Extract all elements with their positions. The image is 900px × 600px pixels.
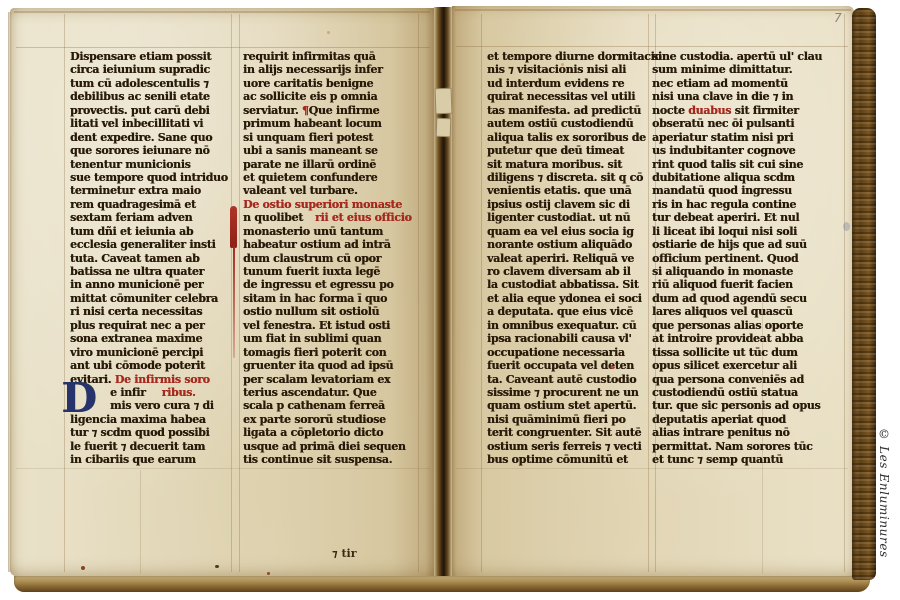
text-run: tunum fuerit iuxta legē xyxy=(243,265,380,278)
text-line: tur ⁊ scdm quod possibi xyxy=(70,426,232,439)
text-run: si aliquando in monaste xyxy=(652,265,793,278)
text-line: ipsius ostij clavem sic di xyxy=(487,198,653,211)
text-run: de ingressu et egressu po xyxy=(243,278,394,291)
text-line: de ingressu et egressu po xyxy=(243,278,419,291)
text-run: habeatur ostium ad intrā xyxy=(243,238,391,251)
text-line: terit congruenter. Sit autē xyxy=(487,426,653,439)
text-run: in omnibus exequatur. cū xyxy=(487,319,636,332)
text-line: gruenter ita quod ad ipsū xyxy=(243,359,419,372)
text-line: monasterio unū tantum xyxy=(243,225,419,238)
text-line: fuerit occupata vel deten xyxy=(487,359,653,372)
text-line: um fiat in sublimi quan xyxy=(243,332,419,345)
blue-stain xyxy=(843,222,850,231)
text-run: mis vero cura ⁊ di xyxy=(110,399,214,412)
ink-speck xyxy=(215,565,219,568)
text-line: alias intrare penitus nō xyxy=(652,426,818,439)
text-line: requirit infirmitas quā xyxy=(243,50,419,63)
text-line: parate ne illarū ordinē xyxy=(243,158,419,171)
text-run: nocte xyxy=(652,104,688,117)
text-run: et quietem confundere xyxy=(243,171,377,184)
text-run: qua persona conveniēs ad xyxy=(652,373,804,386)
folio-number: 7 xyxy=(834,11,842,25)
text-run: norante ostium aliquādo xyxy=(487,238,632,251)
text-line: rem quadragesimā et xyxy=(70,198,232,211)
text-run: lares aliquos vel quascū xyxy=(652,305,793,318)
text-run: ipsius ostij clavem sic di xyxy=(487,198,630,211)
text-run: la custodiat abbatissa. Sit xyxy=(487,278,639,291)
text-run: monasterio unū tantum xyxy=(243,225,383,238)
text-run: mittat cōmuniter celebra xyxy=(70,292,218,305)
text-line: opus silicet exercetur ali xyxy=(652,359,818,372)
text-run: dum claustrum cū opor xyxy=(243,252,381,265)
text-run: sitam in hac forma ī quo xyxy=(243,292,387,305)
red-ink-speck xyxy=(610,366,615,369)
text-run: uore caritatis benigne xyxy=(243,77,373,90)
text-run: putetur que deū timeat xyxy=(487,144,624,157)
text-run: quirat necessitas vel utili xyxy=(487,90,635,103)
ruling-line xyxy=(456,468,848,469)
text-run: sue tempore quod intriduo xyxy=(70,171,228,184)
text-run: dent expedire. Sane quo xyxy=(70,131,212,144)
text-run: sextam feriam adven xyxy=(70,211,192,224)
text-run: permittat. Nam sorores tūc xyxy=(652,440,812,453)
text-run: terminetur extra maio xyxy=(70,184,201,197)
text-line: primum habeant locum xyxy=(243,117,419,130)
left-page-column-2: requirit infirmitas quāin alijs necessar… xyxy=(243,50,419,467)
text-run: provectis. put carū debi xyxy=(70,104,209,117)
text-run: ipsa racionabili causa vl' xyxy=(487,332,631,345)
text-line: quam ostium stet apertū. xyxy=(487,399,653,412)
text-line: tis continue sit suspensa. xyxy=(243,453,419,466)
text-run: nis ⁊ visitacionis nisi ali xyxy=(487,63,626,76)
text-run: custodiendū ostiū statua xyxy=(652,386,798,399)
text-line: circa ieiunium supradic xyxy=(70,63,232,76)
text-run: venientis etatis. que unā xyxy=(487,184,631,197)
text-run: nisi quāminimū fieri po xyxy=(487,413,626,426)
left-page-edge xyxy=(8,12,12,572)
text-line: mandatū quod ingressu xyxy=(652,184,818,197)
illuminated-initial-d: D xyxy=(59,380,99,418)
text-line: terius ascendatur. Que xyxy=(243,386,419,399)
text-line: ubi a sanis maneant se xyxy=(243,144,419,157)
text-run: tuta. Caveat tamen ab xyxy=(70,252,199,265)
text-line: serviatur. ¶Que infirme xyxy=(243,104,419,117)
text-run: e infir xyxy=(110,386,146,399)
text-line: norante ostium aliquādo xyxy=(487,238,653,251)
text-run: terius ascendatur. Que xyxy=(243,386,376,399)
text-line: tenentur municionis xyxy=(70,158,232,171)
text-line: us indubitanter cognove xyxy=(652,144,818,157)
text-run: ribus. xyxy=(162,386,196,399)
text-line: provectis. put carū debi xyxy=(70,104,232,117)
text-line: ex parte sororū studiose xyxy=(243,413,419,426)
text-run: De infirmis soro xyxy=(115,373,210,386)
text-line: Dispensare etiam possit xyxy=(70,50,232,63)
text-run: et tempore diurne dormitacio xyxy=(487,50,661,63)
text-line: per scalam levatoriam ex xyxy=(243,373,419,386)
text-line: bus optime cōmunitū et xyxy=(487,453,653,466)
text-line: sissime ⁊ procurent ne un xyxy=(487,386,653,399)
text-run: bus optime cōmunitū et xyxy=(487,453,628,466)
text-run: usque ad primā diei sequen xyxy=(243,440,406,453)
text-line: tum dñi et ieiunia ab xyxy=(70,225,232,238)
text-run: le fuerit ⁊ decuerit tam xyxy=(70,440,205,453)
text-run: tum cū adolescentulis ⁊ xyxy=(70,77,209,90)
text-line: at introire provideat abba xyxy=(652,332,818,345)
text-line: in omnibus exequatur. cū xyxy=(487,319,653,332)
text-run: sit firmiter xyxy=(731,104,799,117)
text-line: in cibariis que earum xyxy=(70,453,232,466)
text-run: requirit infirmitas quā xyxy=(243,50,375,63)
page-top-edge xyxy=(455,9,851,11)
text-run: duabus xyxy=(688,104,731,117)
text-line: diligens ⁊ discreta. sit q cō xyxy=(487,171,653,184)
text-line: ligenter custodiat. ut nū xyxy=(487,211,653,224)
text-run: sissime ⁊ procurent ne un xyxy=(487,386,638,399)
text-run: que sorores ieiunare nō xyxy=(70,144,210,157)
text-run: quam ostium stet apertū. xyxy=(487,399,636,412)
text-line: la custodiat abbatissa. Sit xyxy=(487,278,653,291)
text-line: ta. Caveant autē custodio xyxy=(487,373,653,386)
text-line: tissa sollicite ut tūc dum xyxy=(652,346,818,359)
text-line: dum claustrum cū opor xyxy=(243,252,419,265)
text-line: nisi quāminimū fieri po xyxy=(487,413,653,426)
text-run: tur ⁊ scdm quod possibi xyxy=(70,426,209,439)
text-run: aliqua talis ex sororibus de xyxy=(487,131,646,144)
text-line: et tempore diurne dormitacio xyxy=(487,50,653,63)
text-line: ostio nullum sit ostiolū xyxy=(243,305,419,318)
text-run: us indubitanter cognove xyxy=(652,144,795,157)
text-line: ligata a cōpletorio dicto xyxy=(243,426,419,439)
text-run: ud interdum evidens re xyxy=(487,77,624,90)
text-run: aperiatur statim nisi pri xyxy=(652,131,793,144)
text-line: riū aliquod fuerit facien xyxy=(652,278,818,291)
text-run: tis continue sit suspensa. xyxy=(243,453,392,466)
text-run: ligenter custodiat. ut nū xyxy=(487,211,630,224)
text-run: tur debeat aperiri. Et nul xyxy=(652,211,799,224)
text-run: valeat aperiri. Reliquā ve xyxy=(487,252,634,265)
text-run: obseratū nec ōi pulsanti xyxy=(652,117,794,130)
text-line: si aliquando in monaste xyxy=(652,265,818,278)
text-line: et tunc ⁊ semp quantū xyxy=(652,453,818,466)
text-line: et quietem confundere xyxy=(243,171,419,184)
text-run: ris in hac regula contine xyxy=(652,198,796,211)
text-run: plus requirat nec a per xyxy=(70,319,204,332)
text-line: nisi una clave in die ⁊ in xyxy=(652,90,818,103)
text-run: li liceat ibi loqui nisi soli xyxy=(652,225,797,238)
text-run: que personas alias oporte xyxy=(652,319,803,332)
text-line: a deputata. que eius vicē xyxy=(487,305,653,318)
text-line: n quolibetrii et eius officio xyxy=(243,211,419,224)
text-run: in cibariis que earum xyxy=(70,453,196,466)
rubric-initial-i xyxy=(230,206,237,248)
rubric-initial-i-tail xyxy=(233,246,235,358)
text-line: valeant vel turbare. xyxy=(243,184,419,197)
copyright-credit: © Les Enluminures xyxy=(877,427,891,558)
ink-speck xyxy=(327,31,330,34)
text-run: dum ad quod agendū secu xyxy=(652,292,807,305)
text-line: sum minime dimittatur. xyxy=(652,63,818,76)
text-line: et alia eque ydonea ei soci xyxy=(487,292,653,305)
text-line: mittat cōmuniter celebra xyxy=(70,292,232,305)
text-run: ta. Caveant autē custodio xyxy=(487,373,636,386)
text-run: De ostio superiori monaste xyxy=(243,198,402,211)
text-line: rint quod talis sit cui sine xyxy=(652,158,818,171)
text-line: aperiatur statim nisi pri xyxy=(652,131,818,144)
text-run: tenentur municionis xyxy=(70,158,190,171)
text-line: que personas alias oporte xyxy=(652,319,818,332)
right-page-column-2: sine custodia. apertū ul' clausum minime… xyxy=(652,50,818,467)
text-line: dent expedire. Sane quo xyxy=(70,131,232,144)
text-line: li liceat ibi loqui nisi soli xyxy=(652,225,818,238)
text-line: in anno municionē per xyxy=(70,278,232,291)
text-run: riū aliquod fuerit facien xyxy=(652,278,793,291)
text-run: diligens ⁊ discreta. sit q cō xyxy=(487,171,643,184)
text-line: sit matura moribus. sit xyxy=(487,158,653,171)
text-line: sine custodia. apertū ul' clau xyxy=(652,50,818,63)
text-line: ri nisi certa necessitas xyxy=(70,305,232,318)
text-line: litati vel inbecillitati vi xyxy=(70,117,232,130)
text-run: sine custodia. apertū ul' clau xyxy=(652,50,822,63)
text-run: occupatione necessaria xyxy=(487,346,625,359)
text-run: ex parte sororū studiose xyxy=(243,413,386,426)
text-line: sextam feriam adven xyxy=(70,211,232,224)
text-run: circa ieiunium supradic xyxy=(70,63,210,76)
text-run: ubi a sanis maneant se xyxy=(243,144,378,157)
text-line: permittat. Nam sorores tūc xyxy=(652,440,818,453)
text-line: quam ea vel eius socia ig xyxy=(487,225,653,238)
text-line: qua persona conveniēs ad xyxy=(652,373,818,386)
text-run: tomagis fieri poterit con xyxy=(243,346,386,359)
bottom-page-edges xyxy=(14,574,870,592)
text-run: batissa ne ultra quater xyxy=(70,265,204,278)
text-line: terminetur extra maio xyxy=(70,184,232,197)
text-run: ac sollicite eis p omnia xyxy=(243,90,377,103)
text-line: ostiarie de hijs que ad suū xyxy=(652,238,818,251)
text-line: autem ostiū custodiendū xyxy=(487,117,653,130)
text-run: deputatis aperiat quod xyxy=(652,413,786,426)
text-run: per scalam levatoriam ex xyxy=(243,373,390,386)
text-run: terit congruenter. Sit autē xyxy=(487,426,641,439)
text-line: ac sollicite eis p omnia xyxy=(243,90,419,103)
text-run: valeant vel turbare. xyxy=(243,184,357,197)
text-run: in alijs necessarijs infer xyxy=(243,63,383,76)
text-line: ipsa racionabili causa vl' xyxy=(487,332,653,345)
text-line: usque ad primā diei sequen xyxy=(243,440,419,453)
text-line: nis ⁊ visitacionis nisi ali xyxy=(487,63,653,76)
text-run: autem ostiū custodiendū xyxy=(487,117,633,130)
text-line: ris in hac regula contine xyxy=(652,198,818,211)
text-run: tum dñi et ieiunia ab xyxy=(70,225,193,238)
text-run: rii et eius officio xyxy=(315,211,412,224)
text-run: mandatū quod ingressu xyxy=(652,184,792,197)
text-run: Que infirme xyxy=(309,104,380,117)
text-run: serviatur. xyxy=(243,104,302,117)
text-line: quirat necessitas vel utili xyxy=(487,90,653,103)
text-line: venientis etatis. que unā xyxy=(487,184,653,197)
text-run: tissa sollicite ut tūc dum xyxy=(652,346,798,359)
text-run: si unquam fieri potest xyxy=(243,131,373,144)
text-line: scala p cathenam ferreā xyxy=(243,399,419,412)
text-run: ¶ xyxy=(302,104,309,117)
text-line: custodiendū ostiū statua xyxy=(652,386,818,399)
text-run: rem quadragesimā et xyxy=(70,198,196,211)
text-line: sue tempore quod intriduo xyxy=(70,171,232,184)
text-line: ro clavem diversam ab il xyxy=(487,265,653,278)
ink-speck xyxy=(81,566,85,570)
text-line: aliqua talis ex sororibus de xyxy=(487,131,653,144)
text-run: tur. que sic personis ad opus xyxy=(652,399,820,412)
text-run: a deputata. que eius vicē xyxy=(487,305,633,318)
text-line: valeat aperiri. Reliquā ve xyxy=(487,252,653,265)
text-run: alias intrare penitus nō xyxy=(652,426,790,439)
text-run: quam ea vel eius socia ig xyxy=(487,225,634,238)
text-line: tuta. Caveat tamen ab xyxy=(70,252,232,265)
text-run: n quolibet xyxy=(243,211,303,224)
text-run: ligata a cōpletorio dicto xyxy=(243,426,383,439)
gutter-repair-tab xyxy=(435,88,453,115)
text-line: dubitatione aliqua scdm xyxy=(652,171,818,184)
text-run: ostium seris ferreis ⁊ vecti xyxy=(487,440,641,453)
text-line: nocte duabus sit firmiter xyxy=(652,104,818,117)
catchword: ⁊ tir xyxy=(332,547,357,560)
text-run: gruenter ita quod ad ipsū xyxy=(243,359,393,372)
gutter-repair-tab xyxy=(436,118,452,138)
text-run: nec etiam ad momentū xyxy=(652,77,788,90)
text-line: nec etiam ad momentū xyxy=(652,77,818,90)
text-run: nisi una clave in die ⁊ in xyxy=(652,90,793,103)
parchment-crease xyxy=(140,470,141,574)
text-run: ant ubi cōmode poterit xyxy=(70,359,205,372)
text-line: viro municionē percipi xyxy=(70,346,232,359)
ruling-line xyxy=(481,14,482,572)
text-line: uore caritatis benigne xyxy=(243,77,419,90)
text-run: ro clavem diversam ab il xyxy=(487,265,630,278)
text-run: um fiat in sublimi quan xyxy=(243,332,381,345)
text-run: et tunc ⁊ semp quantū xyxy=(652,453,783,466)
text-line: tum cū adolescentulis ⁊ xyxy=(70,77,232,90)
text-run: opus silicet exercetur ali xyxy=(652,359,797,372)
text-line: ant ubi cōmode poterit xyxy=(70,359,232,372)
text-line: officium pertinent. Quod xyxy=(652,252,818,265)
text-line: vel fenestra. Et istud osti xyxy=(243,319,419,332)
text-line: dum ad quod agendū secu xyxy=(652,292,818,305)
text-line: debilibus ac senili etate xyxy=(70,90,232,103)
right-page-column-1: et tempore diurne dormitacionis ⁊ visita… xyxy=(487,50,653,467)
text-run: viro municionē percipi xyxy=(70,346,203,359)
text-line: tur. que sic personis ad opus xyxy=(652,399,818,412)
text-run: rint quod talis sit cui sine xyxy=(652,158,803,171)
ruling-line xyxy=(64,14,65,572)
text-line: tas manifesta. ad predictū xyxy=(487,104,653,117)
text-line: in alijs necessarijs infer xyxy=(243,63,419,76)
text-run: et alia eque ydonea ei soci xyxy=(487,292,642,305)
ruling-line xyxy=(844,14,845,572)
text-run: primum habeant locum xyxy=(243,117,381,130)
text-run: vel fenestra. Et istud osti xyxy=(243,319,390,332)
text-line: sitam in hac forma ī quo xyxy=(243,292,419,305)
text-line: deputatis aperiat quod xyxy=(652,413,818,426)
fore-edge xyxy=(852,8,876,580)
text-line: si unquam fieri potest xyxy=(243,131,419,144)
text-run: officium pertinent. Quod xyxy=(652,252,798,265)
text-run: tas manifesta. ad predictū xyxy=(487,104,641,117)
text-run: in anno municionē per xyxy=(70,278,203,291)
ruling-line xyxy=(16,47,430,48)
text-run: ecclesia generaliter insti xyxy=(70,238,215,251)
text-run: sona extranea maxime xyxy=(70,332,202,345)
ruling-line xyxy=(456,46,848,47)
text-run: ostiarie de hijs que ad suū xyxy=(652,238,807,251)
text-line: que sorores ieiunare nō xyxy=(70,144,232,157)
text-run: ri nisi certa necessitas xyxy=(70,305,202,318)
text-run: ostio nullum sit ostiolū xyxy=(243,305,379,318)
ink-speck xyxy=(561,63,564,66)
text-line: putetur que deū timeat xyxy=(487,144,653,157)
text-run: sit matura moribus. sit xyxy=(487,158,622,171)
ruling-line xyxy=(239,14,240,572)
text-line: batissa ne ultra quater xyxy=(70,265,232,278)
text-line: tur debeat aperiri. Et nul xyxy=(652,211,818,224)
text-line: ecclesia generaliter insti xyxy=(70,238,232,251)
text-line: ud interdum evidens re xyxy=(487,77,653,90)
text-run: parate ne illarū ordinē xyxy=(243,158,376,171)
text-line: ostium seris ferreis ⁊ vecti xyxy=(487,440,653,453)
page-top-edge xyxy=(14,11,430,13)
text-run: Dispensare etiam possit xyxy=(70,50,211,63)
text-run: at introire provideat abba xyxy=(652,332,803,345)
text-run: debilibus ac senili etate xyxy=(70,90,210,103)
text-line: le fuerit ⁊ decuerit tam xyxy=(70,440,232,453)
text-line: plus requirat nec a per xyxy=(70,319,232,332)
text-line: lares aliquos vel quascū xyxy=(652,305,818,318)
text-run: litati vel inbecillitati vi xyxy=(70,117,203,130)
text-line: tomagis fieri poterit con xyxy=(243,346,419,359)
text-line: tunum fuerit iuxta legē xyxy=(243,265,419,278)
ink-speck xyxy=(267,572,270,575)
ruling-line xyxy=(16,468,430,469)
text-line: sona extranea maxime xyxy=(70,332,232,345)
text-line: De ostio superiori monaste xyxy=(243,198,419,211)
text-run: dubitatione aliqua scdm xyxy=(652,171,795,184)
text-line: occupatione necessaria xyxy=(487,346,653,359)
text-line: habeatur ostium ad intrā xyxy=(243,238,419,251)
text-line: obseratū nec ōi pulsanti xyxy=(652,117,818,130)
text-run: sum minime dimittatur. xyxy=(652,63,792,76)
text-run: scala p cathenam ferreā xyxy=(243,399,385,412)
manuscript-photo: Dispensare etiam possitcirca ieiunium su… xyxy=(0,0,900,600)
